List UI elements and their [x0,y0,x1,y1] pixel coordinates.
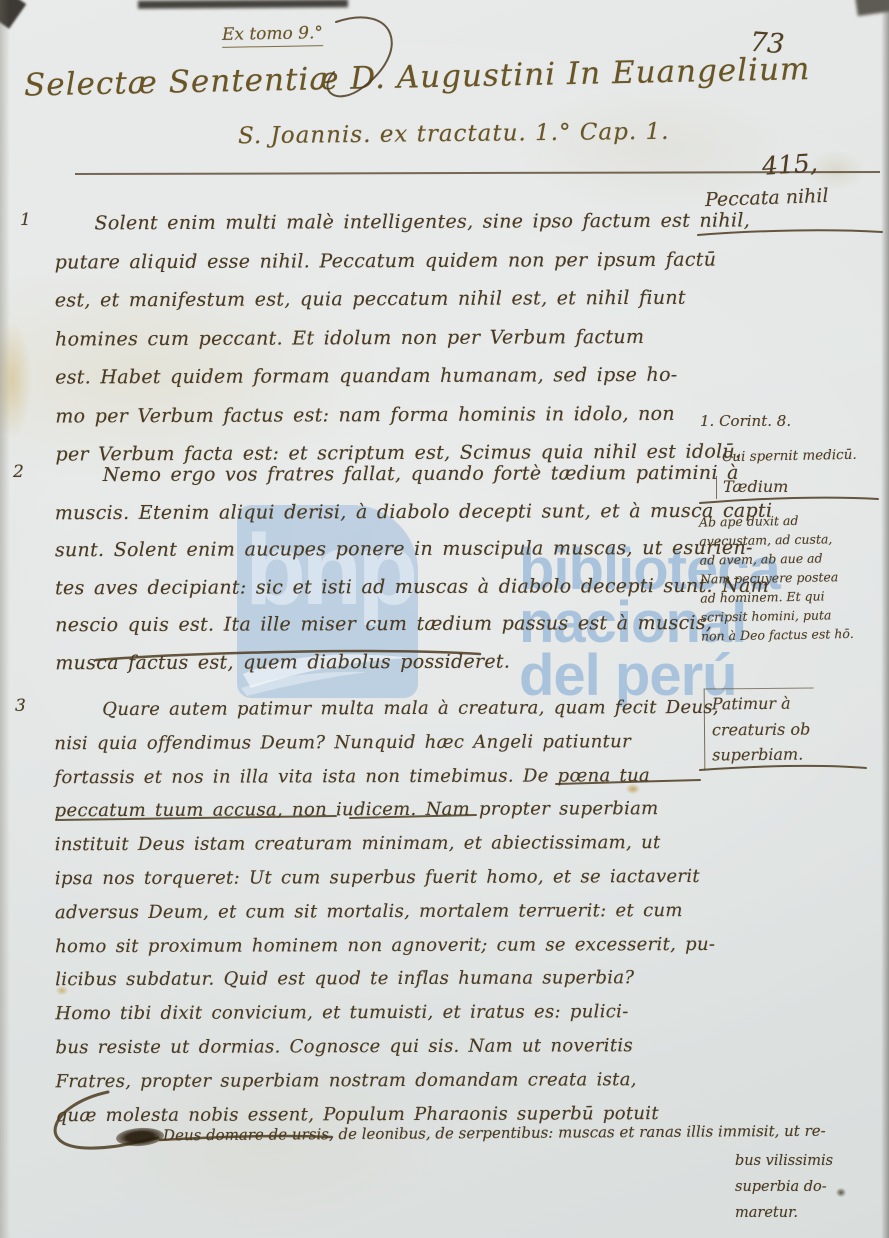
paragraph-1: Solent enim multi malè intelligentes, si… [54,201,745,474]
addendum-tail-line: maretur. [735,1200,885,1226]
title-rule-line [75,171,880,175]
body-line: Nemo ergo vos fratres fallat, quando for… [55,455,745,495]
body-line: sunt. Solent enim aucupes ponere in musc… [55,530,745,570]
header-volume-ref: Ex tomo 9.° [222,23,323,48]
body-line: est, et manifestum est, quia peccatum ni… [55,278,745,320]
section-number-1: 1 [20,210,31,230]
section-number-3: 3 [15,696,26,716]
body-line: bus resiste ut dormias. Cognosce qui sis… [55,1029,745,1065]
body-line: adversus Deum, et cum sit mortalis, mort… [55,894,745,930]
addendum-line: Deus domare de ursis, de leonibus, de se… [163,1122,826,1145]
page-title: Selectæ Sententiæ D. Augustini In Euange… [24,52,745,103]
paragraph-2: Nemo ergo vos fratres fallat, quando for… [55,455,746,682]
body-line: licibus subdatur. Quid est quod te infla… [55,961,745,997]
body-line: putare aliquid esse nihil. Peccatum quid… [55,240,745,282]
body-line: muscis. Etenim aliqui derisi, à diabolo … [55,492,745,532]
scan-edge-artifact [138,0,348,9]
body-line: musca factus est, quem diabolus possider… [55,642,745,682]
body-line: fortassis et nos in illa vita ista non t… [54,758,744,794]
body-line: homines cum peccant. Et idolum non per V… [55,317,745,359]
body-line: instituit Deus istam creaturam minimam, … [55,826,745,862]
section-number-2: 2 [13,462,24,482]
body-line: peccatum tuum accusa, non iudicem. Nam p… [55,792,745,828]
addendum-tail-line: bus vilissimis superbia do- [735,1148,885,1200]
page-subtitle: S. Joannis. ex tractatu. 1.° Cap. 1. [238,119,670,150]
body-line: nescio quis est. Ita ille miser cum tædi… [55,605,745,645]
body-line: Fratres, propter superbiam nostram doman… [56,1063,746,1099]
body-line: Solent enim multi malè intelligentes, si… [54,201,744,243]
paragraph-3: Quare autem patimur multa mala à creatur… [54,691,746,1133]
addendum-tail: bus vilissimis superbia do-maretur. [735,1148,885,1226]
manuscript-scan-page: bnp bibliotecanacionaldel perú Ex tomo 9… [0,0,889,1238]
body-line: est. Habet quidem formam quandam humanam… [55,355,745,397]
body-line: ipsa nos torqueret: Ut cum superbus fuer… [55,860,745,896]
body-line: Homo tibi dixit convicium, et tumuisti, … [55,995,745,1031]
scan-edge-shadow [0,0,10,1238]
body-line: nisi quia offendimus Deum? Nunquid hæc A… [54,725,744,761]
body-line: tes aves decipiant: sic et isti ad musca… [55,567,745,607]
body-line: homo sit proximum hominem non agnoverit;… [55,927,745,963]
body-line: mo per Verbum factus est: nam forma homi… [55,394,745,436]
scan-edge-shadow [881,0,889,1238]
margin-ref-number: 415, [761,148,819,181]
body-line: Quare autem patimur multa mala à creatur… [54,691,744,727]
